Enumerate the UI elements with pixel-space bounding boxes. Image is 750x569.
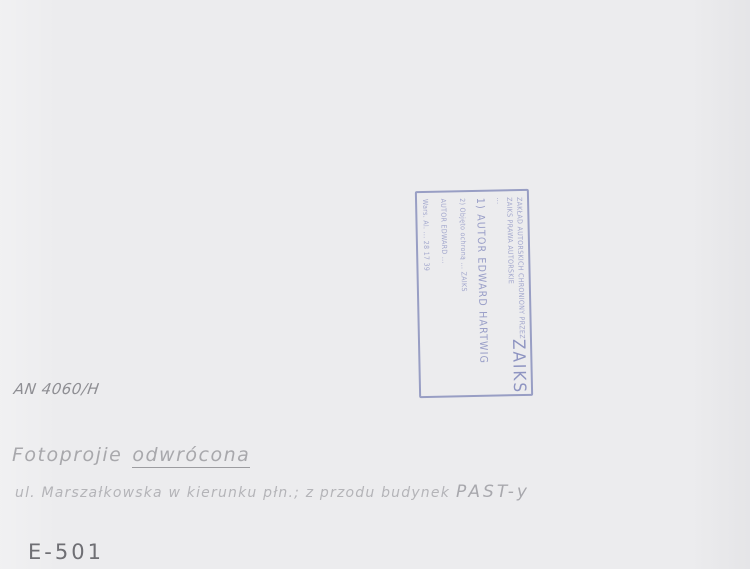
copyright-stamp: ZAKŁAD AUTORSKICH CHRONIONY PRZEZ ZAIKS … (415, 189, 533, 398)
reference-code: AN 4060/H (13, 380, 101, 398)
stamp-line: 2) Objęto ochroną ... ZAIKS (457, 198, 471, 390)
stamp-line: Wars. Al. ... 28 17 39 (420, 198, 434, 390)
caption-description-caps: PAST-y (456, 482, 530, 502)
stamp-header: ZAKŁAD AUTORSKICH CHRONIONY PRZEZ ZAIKS … (494, 196, 528, 389)
stamp-line: AUTOR EDWARD ... (438, 198, 452, 390)
caption-title: Fotoprojieodwrócona (12, 444, 250, 466)
stamp-content: ZAKŁAD AUTORSKICH CHRONIONY PRZEZ ZAIKS … (418, 192, 530, 394)
caption-description-text: ul. Marszałkowska w kierunku płn.; z prz… (15, 485, 450, 501)
stamp-brand: ZAIKS (509, 338, 528, 394)
caption-title-prefix: Fotoprojie (12, 444, 122, 466)
caption-title-underlined: odwrócona (132, 444, 250, 468)
archive-number: E-501 (28, 540, 104, 564)
stamp-line: 1) AUTOR EDWARD HARTWIG (475, 197, 489, 389)
caption-description: ul. Marszałkowska w kierunku płn.; z prz… (15, 482, 530, 502)
